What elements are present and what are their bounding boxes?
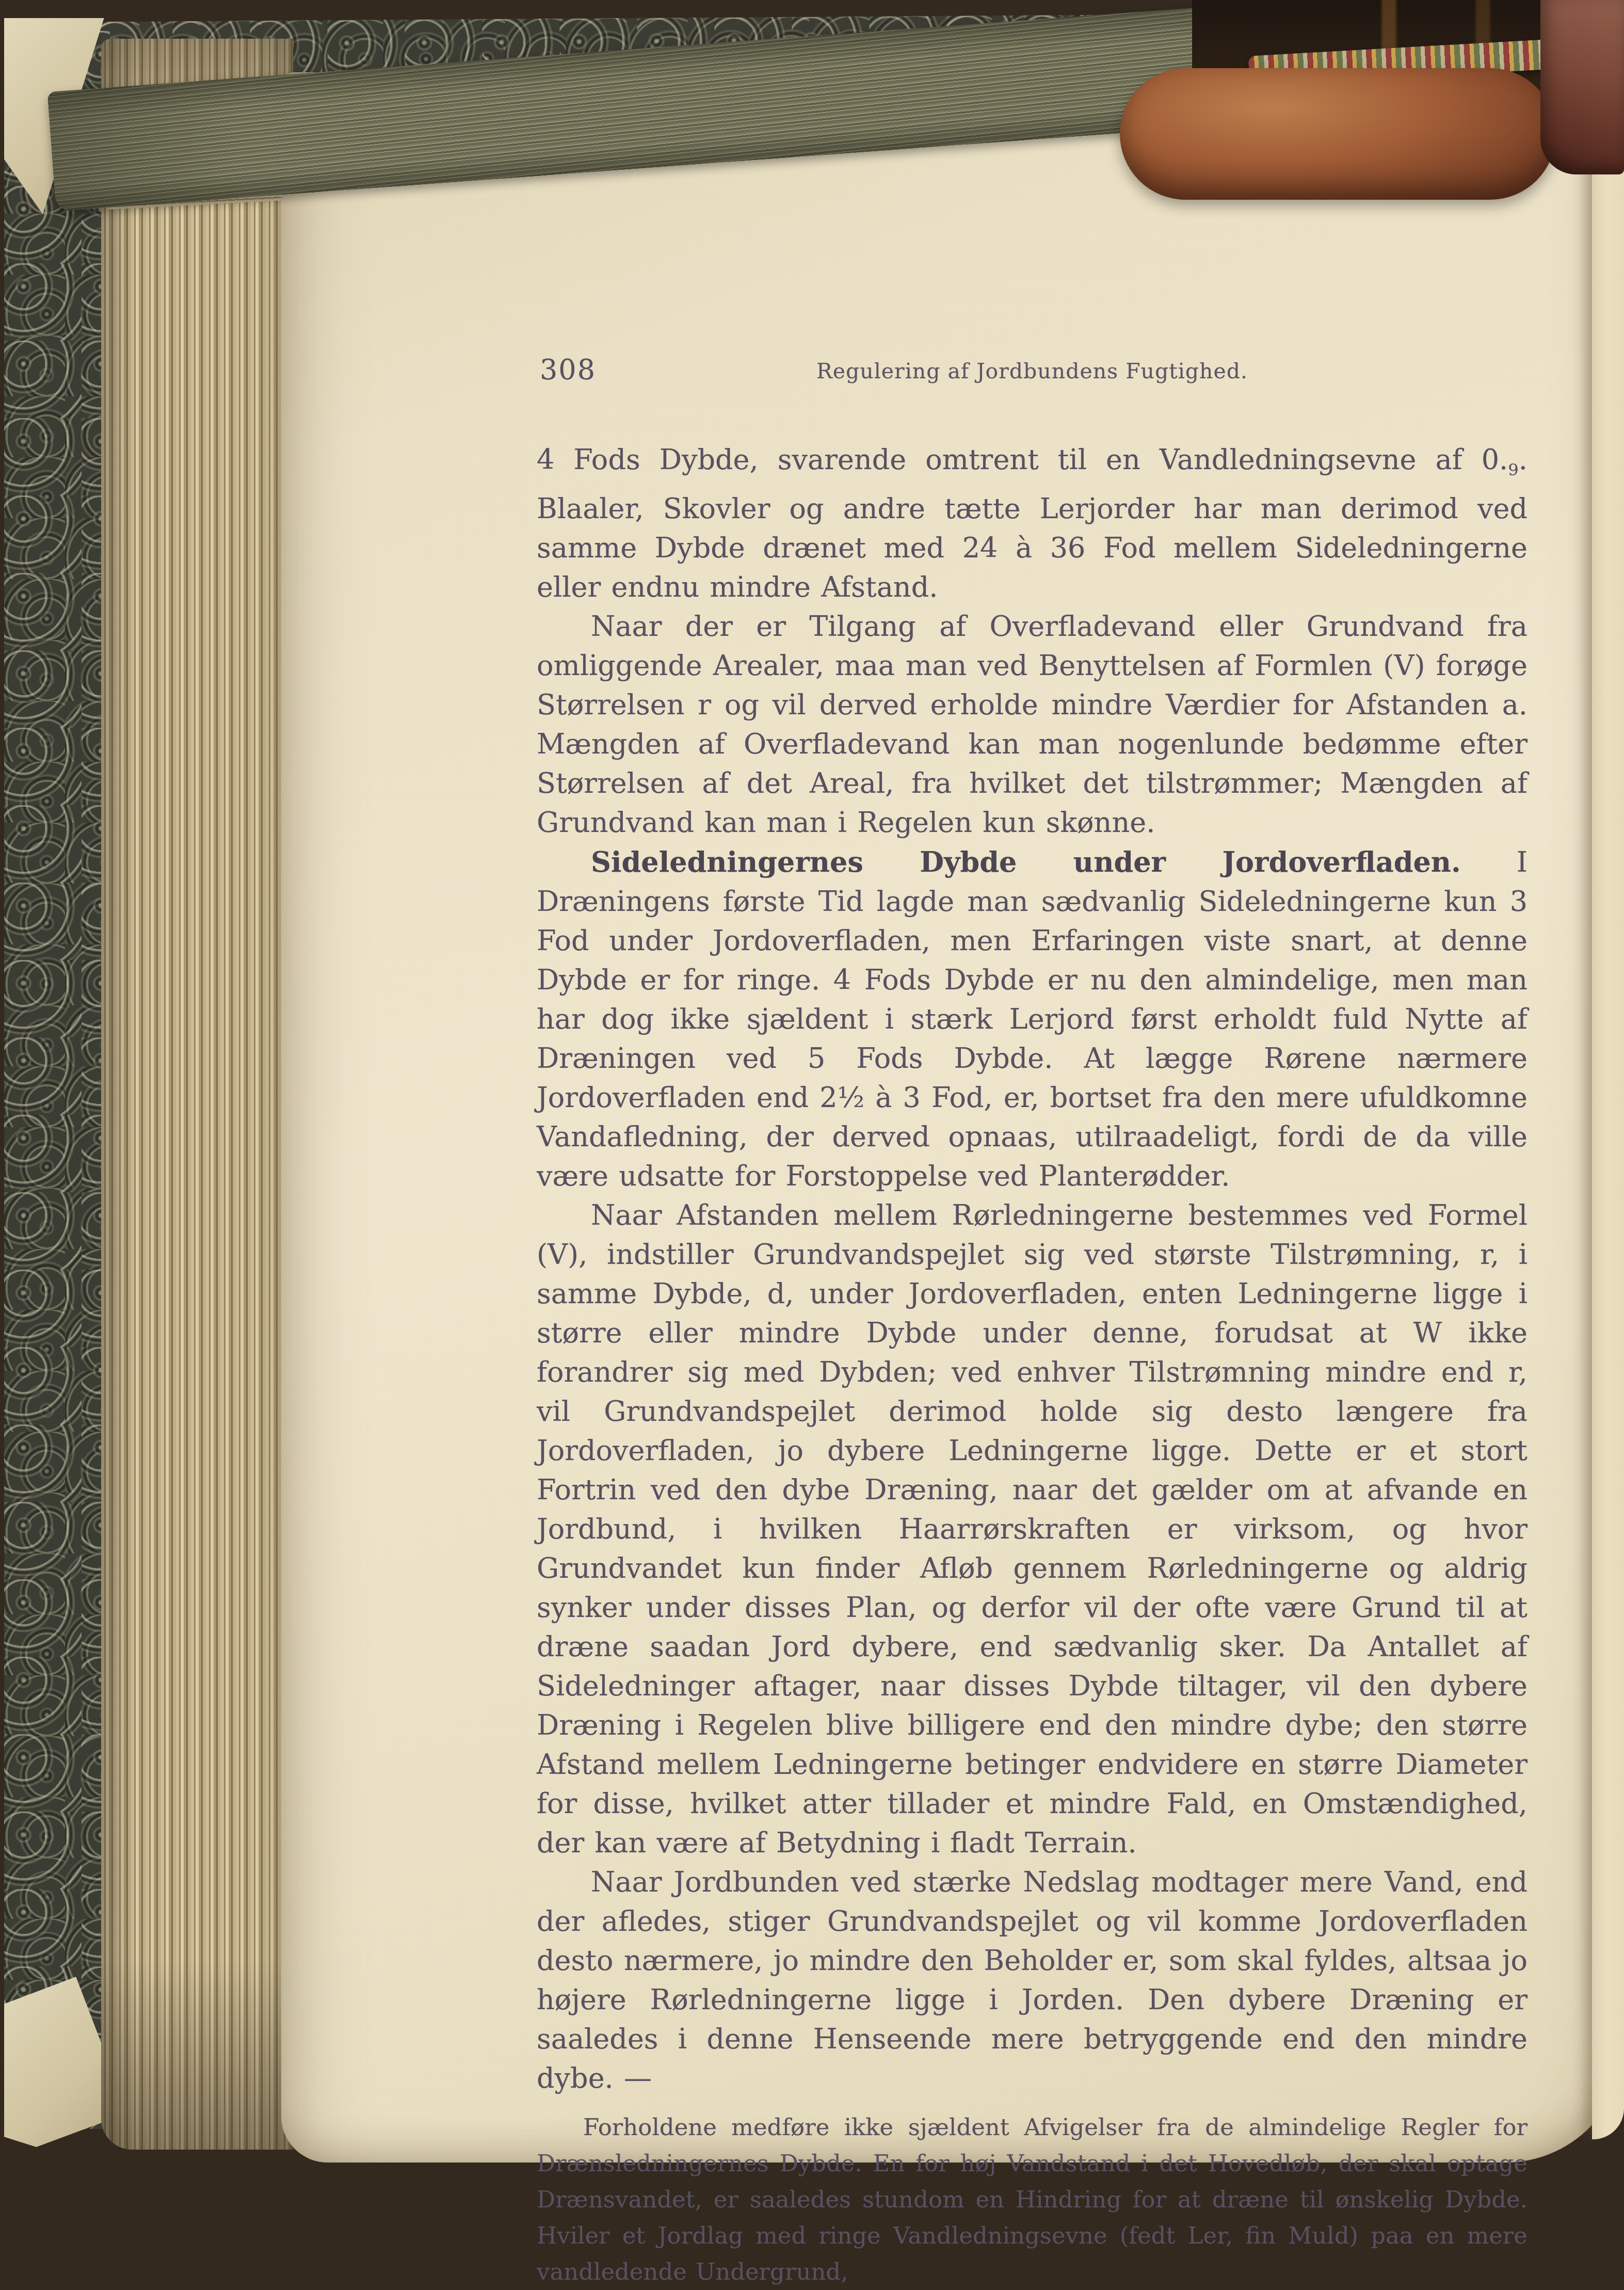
page-block-fore-edges bbox=[101, 39, 293, 2150]
running-header: Regulering af Jordbundens Fugtighed. bbox=[816, 359, 1248, 383]
paragraph-2: Naar der er Tilgang af Overfladevand ell… bbox=[537, 607, 1527, 842]
book-cover-marbled-left-edge bbox=[4, 31, 110, 2129]
paragraph-3: Sideledningernes Dybde under Jordoverfla… bbox=[537, 842, 1527, 1196]
paragraph-3-text: I Dræningens første Tid lagde man sædvan… bbox=[537, 846, 1527, 1192]
paragraph-4: Naar Afstanden mellem Rørledningerne bes… bbox=[537, 1196, 1527, 1863]
gutter-next-page-edge bbox=[1592, 83, 1624, 2139]
page-number: 308 bbox=[540, 354, 596, 386]
page-body: 4 Fods Dybde, svarende omtrent til en Va… bbox=[537, 440, 1527, 2177]
paragraph-6-small-print: Forholdene medføre ikke sjældent Afvigel… bbox=[537, 2109, 1527, 2177]
spine-leather-roll bbox=[1120, 68, 1556, 200]
page-text-block: 308 Regulering af Jordbundens Fugtighed.… bbox=[537, 354, 1527, 2177]
paragraph-5: Naar Jordbunden ved stærke Nedslag modta… bbox=[537, 1863, 1527, 2098]
paragraph-1: 4 Fods Dybde, svarende omtrent til en Va… bbox=[537, 440, 1527, 607]
subscript-nine: 9 bbox=[1508, 460, 1519, 479]
spine-leather-red bbox=[1540, 0, 1624, 174]
page-header: 308 Regulering af Jordbundens Fugtighed. bbox=[537, 354, 1527, 395]
book-photo: 308 Regulering af Jordbundens Fugtighed.… bbox=[0, 0, 1624, 2177]
book-page: 308 Regulering af Jordbundens Fugtighed.… bbox=[281, 72, 1624, 2163]
paragraph-1-text-a: 4 Fods Dybde, svarende omtrent til en Va… bbox=[537, 443, 1508, 476]
paragraph-3-bold-lead: Sideledningernes Dybde under Jordoverfla… bbox=[591, 845, 1461, 878]
